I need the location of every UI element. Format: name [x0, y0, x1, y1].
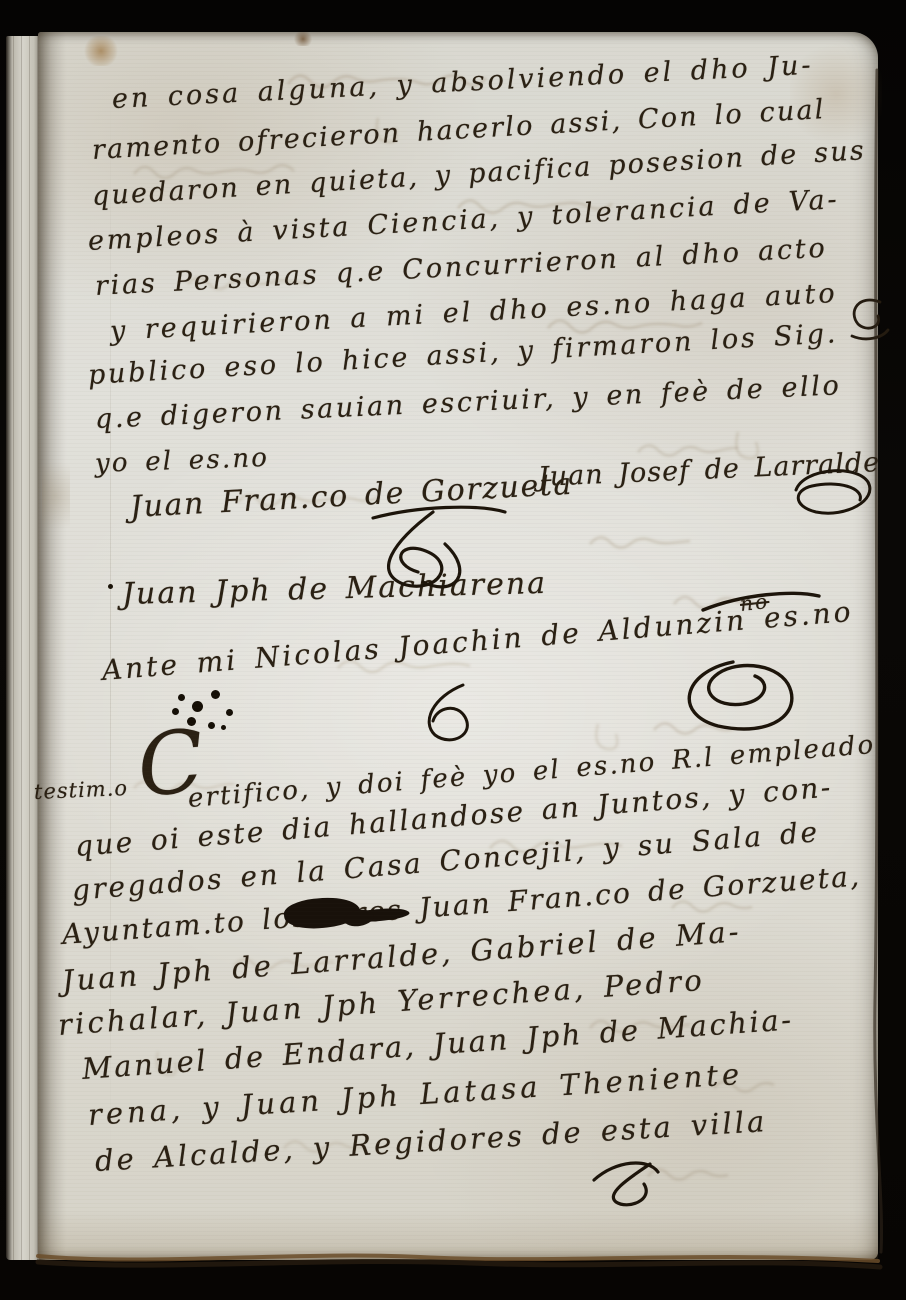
page-deckle-edge [0, 0, 906, 1300]
photo-frame: en cosa alguna, y absolviendo el dho Ju-… [0, 0, 906, 1300]
